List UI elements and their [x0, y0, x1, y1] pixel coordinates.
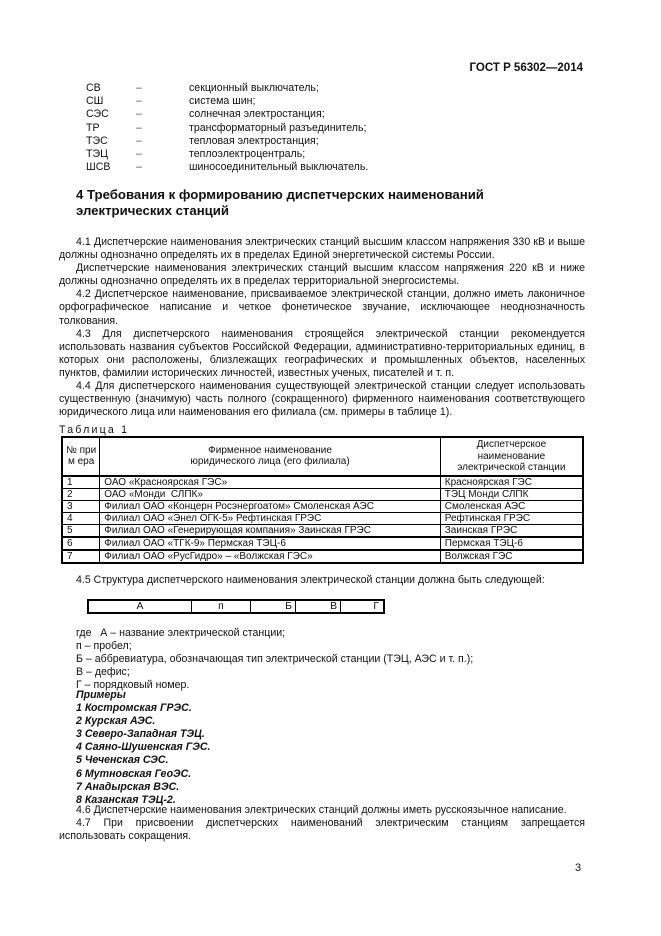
header-dispatch: Диспетчерское наименование электрической… — [440, 437, 583, 476]
cell-dispatch: Красноярская ГЭС — [440, 476, 583, 489]
legend-item: Б – аббревиатура, обозначающая тип элект… — [76, 653, 473, 666]
abbr-definition: трансформаторный разъединитель; — [189, 122, 366, 135]
dash: – — [136, 148, 142, 161]
cell-dispatch: Рефтинская ГРЭС — [440, 512, 583, 524]
abbreviation-list: СВ–секционный выключатель; СШ–система ши… — [86, 82, 406, 174]
abbreviation-item: СВ–секционный выключатель; — [86, 82, 406, 95]
legend-item: где А – название электрической станции; — [76, 627, 473, 640]
name-structure-diagram: А п Б В Г — [87, 599, 385, 614]
cell-number: 6 — [62, 537, 100, 550]
cell-company: Филиал ОАО «РусГидро» – «Волжская ГЭС» — [100, 550, 441, 563]
cell-number: 2 — [62, 488, 100, 500]
dash: – — [136, 82, 142, 95]
abbr-definition: солнечная электростанция; — [189, 108, 325, 121]
example-item: 5 Чеченская СЭС. — [76, 754, 210, 767]
example-item: 1 Костромская ГРЭС. — [76, 702, 210, 715]
abbr: СШ — [86, 95, 103, 108]
cell-company: ОАО «Красноярская ГЭС» — [100, 476, 441, 489]
examples-title: Примеры — [76, 689, 210, 702]
dash: – — [136, 135, 142, 148]
paragraph-4-7: 4.7 При присвоении диспетчерских наимено… — [59, 817, 585, 843]
structure-cell-space: п — [192, 601, 251, 612]
page-number: 3 — [575, 862, 581, 874]
dash: – — [136, 122, 142, 135]
paragraph-4-2: 4.2 Диспетчерское наименование, присваив… — [59, 288, 585, 327]
section-title-line-1: 4 Требования к формированию диспетчерски… — [76, 187, 484, 203]
structure-legend: где А – название электрической станции; … — [76, 627, 473, 692]
document-page: ГОСТ Р 56302—2014 СВ–секционный выключат… — [0, 0, 661, 936]
cell-number: 5 — [62, 524, 100, 537]
paragraph-4-1-b: Диспетчерские наименования электрических… — [59, 262, 585, 288]
header-number: № прим ера — [62, 437, 100, 476]
header-company: Фирменное наименование юридического лица… — [100, 437, 441, 476]
dash: – — [136, 95, 142, 108]
abbreviation-item: ШСВ–шиносоединительный выключатель. — [86, 161, 406, 174]
table-row: 3Филиал ОАО «Концерн Росэнергоатом» Смол… — [62, 500, 583, 512]
standard-code: ГОСТ Р 56302—2014 — [470, 62, 583, 74]
abbr-definition: теплоэлектроцентраль; — [189, 148, 305, 161]
structure-cell-a: А — [89, 601, 192, 612]
abbr: ТР — [86, 122, 100, 135]
examples-block: Примеры 1 Костромская ГРЭС. 2 Курская АЭ… — [76, 689, 210, 807]
paragraph-4-3: 4.3 Для диспетчерского наименования стро… — [59, 328, 585, 380]
structure-cell-b: Б — [251, 601, 296, 612]
header-company-text: Фирменное наименование юридического лица… — [175, 445, 365, 468]
cell-number: 7 — [62, 550, 100, 563]
abbr-definition: шиносоединительный выключатель. — [189, 161, 368, 174]
cell-company: ОАО «Монди СЛПК» — [100, 488, 441, 500]
cell-dispatch: ТЭЦ Монди СЛПК — [440, 488, 583, 500]
abbr: ТЭЦ — [86, 148, 108, 161]
cell-number: 3 — [62, 500, 100, 512]
abbr-definition: секционный выключатель; — [189, 82, 319, 95]
example-item: 2 Курская АЭС. — [76, 715, 210, 728]
abbreviation-item: ТР–трансформаторный разъединитель; — [86, 122, 406, 135]
abbr: СЭС — [86, 108, 109, 121]
paragraphs-block-2: 4.6 Диспетчерские наименования электриче… — [59, 804, 585, 843]
cell-dispatch: Пермская ТЭЦ-6 — [440, 537, 583, 550]
structure-cell-g: Г — [341, 601, 383, 612]
structure-cell-v: В — [296, 601, 341, 612]
header-dispatch-text: Диспетчерское наименование электрической… — [456, 439, 566, 474]
cell-company: Филиал ОАО «Энел ОГК-5» Рефтинская ГРЭС — [100, 512, 441, 524]
abbr-definition: система шин; — [189, 95, 255, 108]
example-item: 7 Анадырская ВЭС. — [76, 781, 210, 794]
abbreviation-item: ТЭЦ–теплоэлектроцентраль; — [86, 148, 406, 161]
legend-item: п – пробел; — [76, 640, 473, 653]
paragraph-4-1: 4.1 Диспетчерские наименования электриче… — [59, 236, 585, 262]
table-header-row: № прим ера Фирменное наименование юридич… — [62, 437, 583, 476]
table-row: 7Филиал ОАО «РусГидро» – «Волжская ГЭС»В… — [62, 550, 583, 563]
table-1: № прим ера Фирменное наименование юридич… — [61, 436, 584, 564]
abbreviation-item: ТЭС–тепловая электростанция; — [86, 135, 406, 148]
example-item: 4 Саяно-Шушенская ГЭС. — [76, 741, 210, 754]
paragraph-4-6: 4.6 Диспетчерские наименования электриче… — [59, 804, 585, 817]
paragraph-4-5-block: 4.5 Структура диспетчерского наименовани… — [76, 574, 602, 587]
table-row: 5Филиал ОАО «Генерирующая компания» Заин… — [62, 524, 583, 537]
paragraphs-block-1: 4.1 Диспетчерские наименования электриче… — [59, 236, 585, 419]
table-row: 4Филиал ОАО «Энел ОГК-5» Рефтинская ГРЭС… — [62, 512, 583, 524]
legend-item: В – дефис; — [76, 666, 473, 679]
table-row: 2ОАО «Монди СЛПК»ТЭЦ Монди СЛПК — [62, 488, 583, 500]
paragraph-4-5: 4.5 Структура диспетчерского наименовани… — [76, 574, 602, 587]
abbr: ТЭС — [86, 135, 108, 148]
cell-company: Филиал ОАО «ТГК-9» Пермская ТЭЦ-6 — [100, 537, 441, 550]
paragraph-4-4: 4.4 Для диспетчерского наименования суще… — [59, 380, 585, 419]
cell-dispatch: Волжская ГЭС — [440, 550, 583, 563]
abbreviation-item: СШ–система шин; — [86, 95, 406, 108]
dash: – — [136, 161, 142, 174]
abbreviation-item: СЭС–солнечная электростанция; — [86, 108, 406, 121]
abbr-definition: тепловая электростанция; — [189, 135, 319, 148]
example-item: 3 Северо-Западная ТЭЦ. — [76, 728, 210, 741]
section-title-line-2: электрических станций — [76, 203, 484, 219]
cell-number: 1 — [62, 476, 100, 489]
cell-dispatch: Смоленская АЭС — [440, 500, 583, 512]
section-heading: 4 Требования к формированию диспетчерски… — [76, 187, 484, 219]
cell-company: Филиал ОАО «Концерн Росэнергоатом» Смоле… — [100, 500, 441, 512]
cell-number: 4 — [62, 512, 100, 524]
table-row: 1ОАО «Красноярская ГЭС»Красноярская ГЭС — [62, 476, 583, 489]
abbr: СВ — [86, 82, 101, 95]
example-item: 6 Мутновская ГеоЭС. — [76, 768, 210, 781]
cell-company: Филиал ОАО «Генерирующая компания» Заинс… — [100, 524, 441, 537]
abbr: ШСВ — [86, 161, 110, 174]
cell-dispatch: Заинская ГРЭС — [440, 524, 583, 537]
table-caption: Таблица 1 — [59, 424, 129, 436]
dash: – — [136, 108, 142, 121]
table-row: 6Филиал ОАО «ТГК-9» Пермская ТЭЦ-6Пермск… — [62, 537, 583, 550]
